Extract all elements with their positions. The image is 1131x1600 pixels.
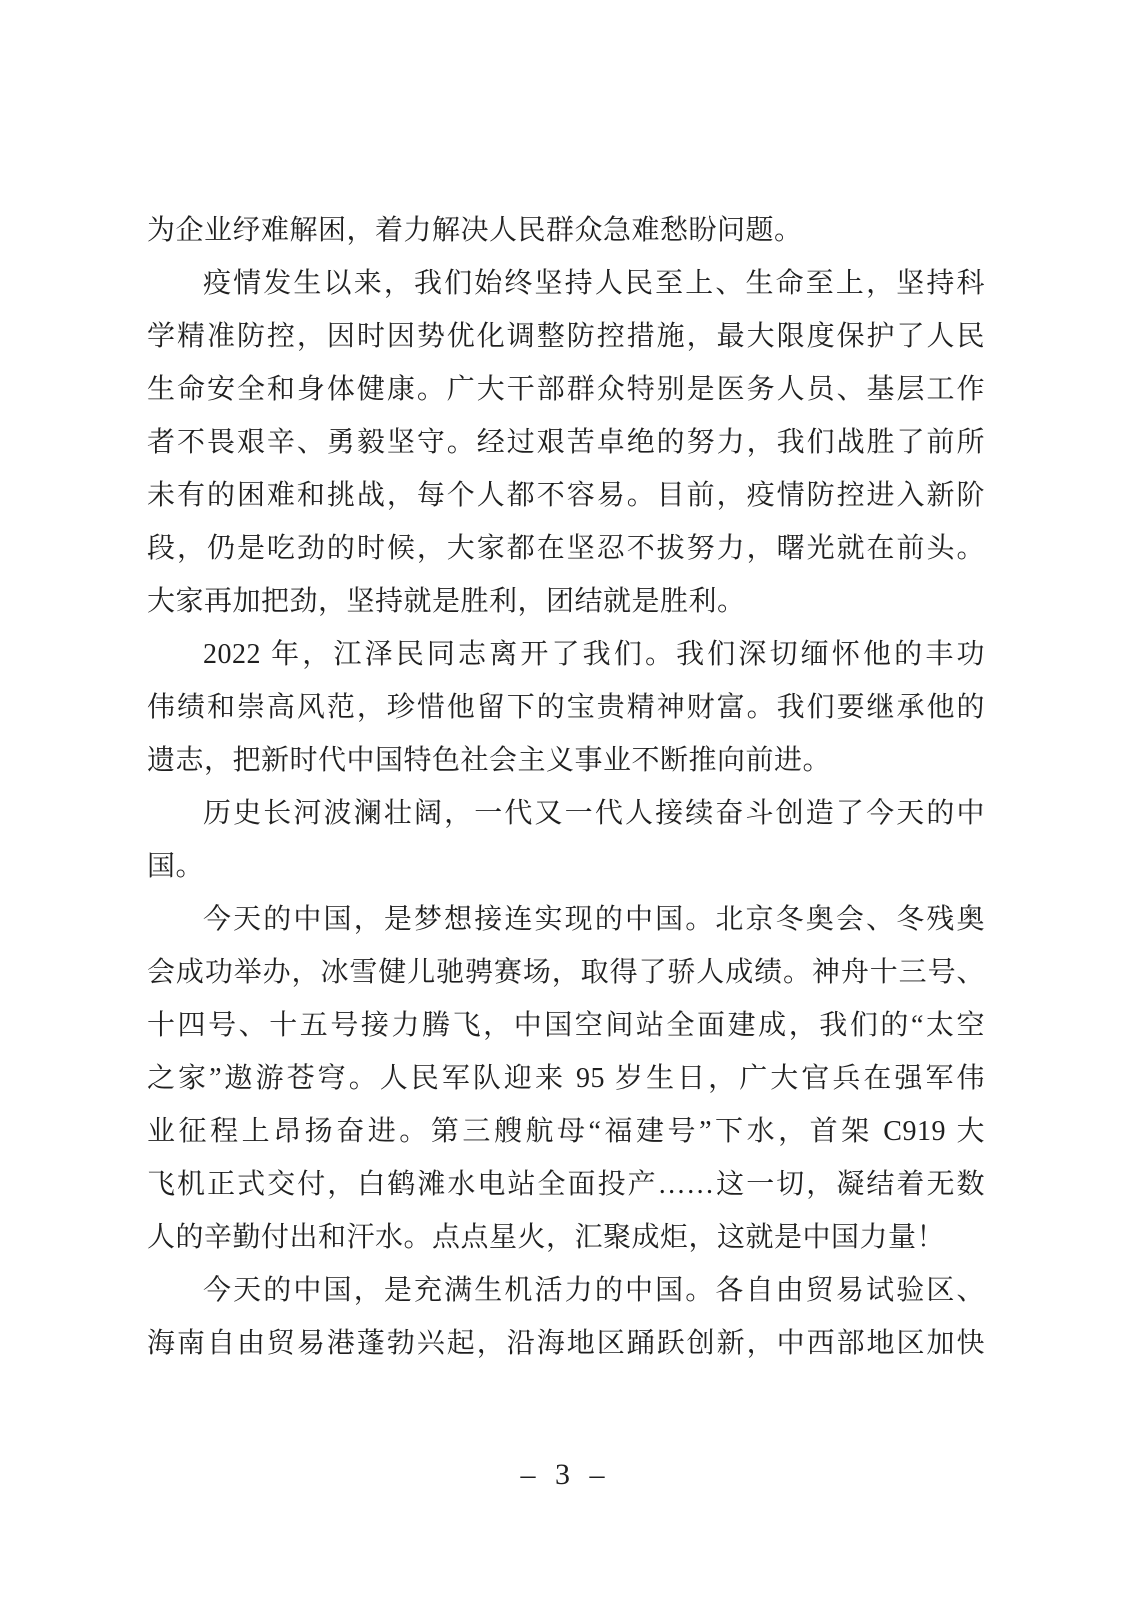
text-line: 今天的中国，是梦想接连实现的中国。北京冬奥会、冬残奥 xyxy=(147,893,985,946)
text-line: 段，仍是吃劲的时候，大家都在坚忍不拔努力，曙光就在前头。 xyxy=(147,522,985,575)
page-footer: – 3 – xyxy=(0,1458,1131,1492)
text-line: 学精准防控，因时因势优化调整防控措施，最大限度保护了人民 xyxy=(147,310,985,363)
document-page: 为企业纾难解困，着力解决人民群众急难愁盼问题。疫情发生以来，我们始终坚持人民至上… xyxy=(0,0,1131,1600)
text-line: 疫情发生以来，我们始终坚持人民至上、生命至上，坚持科 xyxy=(147,257,985,310)
text-line: 遗志，把新时代中国特色社会主义事业不断推向前进。 xyxy=(147,734,985,787)
text-line: 历史长河波澜壮阔，一代又一代人接续奋斗创造了今天的中 xyxy=(147,787,985,840)
text-line: 未有的困难和挑战，每个人都不容易。目前，疫情防控进入新阶 xyxy=(147,469,985,522)
text-line: 飞机正式交付，白鹤滩水电站全面投产……这一切，凝结着无数 xyxy=(147,1158,985,1211)
text-line: 今天的中国，是充满生机活力的中国。各自由贸易试验区、 xyxy=(147,1264,985,1317)
document-body: 为企业纾难解困，着力解决人民群众急难愁盼问题。疫情发生以来，我们始终坚持人民至上… xyxy=(147,204,985,1370)
text-line: 为企业纾难解困，着力解决人民群众急难愁盼问题。 xyxy=(147,204,985,257)
text-line: 十四号、十五号接力腾飞，中国空间站全面建成，我们的“太空 xyxy=(147,999,985,1052)
page-number: – 3 – xyxy=(521,1458,611,1491)
text-line: 伟绩和崇高风范，珍惜他留下的宝贵精神财富。我们要继承他的 xyxy=(147,681,985,734)
text-line: 国。 xyxy=(147,840,985,893)
text-line: 人的辛勤付出和汗水。点点星火，汇聚成炬，这就是中国力量！ xyxy=(147,1211,985,1264)
text-line: 业征程上昂扬奋进。第三艘航母“福建号”下水，首架 C919 大 xyxy=(147,1105,985,1158)
text-line: 生命安全和身体健康。广大干部群众特别是医务人员、基层工作 xyxy=(147,363,985,416)
text-line: 之家”遨游苍穹。人民军队迎来 95 岁生日，广大官兵在强军伟 xyxy=(147,1052,985,1105)
text-line: 2022 年，江泽民同志离开了我们。我们深切缅怀他的丰功 xyxy=(147,628,985,681)
text-line: 会成功举办，冰雪健儿驰骋赛场，取得了骄人成绩。神舟十三号、 xyxy=(147,946,985,999)
text-line: 者不畏艰辛、勇毅坚守。经过艰苦卓绝的努力，我们战胜了前所 xyxy=(147,416,985,469)
text-line: 海南自由贸易港蓬勃兴起，沿海地区踊跃创新，中西部地区加快 xyxy=(147,1317,985,1370)
text-line: 大家再加把劲，坚持就是胜利，团结就是胜利。 xyxy=(147,575,985,628)
